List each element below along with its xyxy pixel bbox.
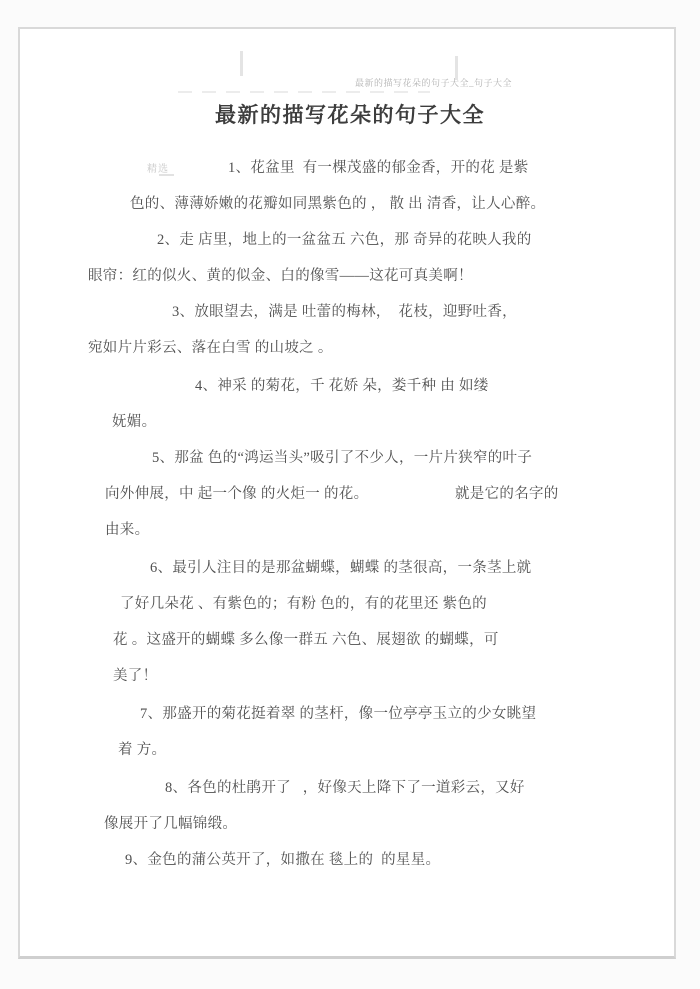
text-line: 2、走 店里，地上的一盆盆五 六色，那 奇异的花映人我的	[157, 231, 532, 249]
watermark-label: 精选	[147, 160, 169, 175]
text-line: 美了！	[113, 667, 157, 685]
header-tick-mark-left	[240, 51, 243, 76]
text-line: 了好几朵花 、有紫色的；有粉 色的，有的花里还 紫色的	[120, 595, 487, 613]
text-line: 宛如片片彩云、落在白雪 的山坡之 。	[88, 339, 333, 357]
text-line: 5、那盆 色的“鸿运当头”吸引了不少人，一片片狭窄的叶子	[152, 449, 532, 467]
text-line: 6、最引人注目的是那盆蝴蝶，蝴蝶 的茎很高，一条茎上就	[150, 559, 531, 577]
text-line: 眼帘：红的似火、黄的似金、白的像雪——这花可真美啊！	[88, 267, 473, 285]
text-line: 妩媚。	[112, 413, 156, 431]
text-line: 花 。这盛开的蝴蝶 多么像一群五 六色、展翅欲 的蝴蝶，可	[113, 631, 499, 649]
text-line: 像展开了几幅锦缎。	[104, 815, 237, 833]
text-line: 1、花盆里 有一棵茂盛的郁金香，开的花 是紫	[228, 159, 529, 177]
text-line: 8、各色的杜鹃开了 ，好像天上降下了一道彩云，又好	[165, 779, 525, 797]
document-content: 最新的描写花朵的句子大全_句子大全 最新的描写花朵的句子大全 精选 1、花盆里 …	[0, 0, 700, 989]
text-line: 着 方。	[118, 741, 166, 759]
text-line: 色的、薄薄娇嫩的花瓣如同黑紫色的 ， 散 出 清香，让人心醉。	[130, 195, 545, 213]
text-line: 3、放眼望去，满是 吐蕾的梅林， 花枝，迎野吐香，	[172, 303, 517, 321]
watermark-underline	[159, 174, 174, 176]
document-header-meta: 最新的描写花朵的句子大全_句子大全	[355, 76, 512, 89]
header-dashed-rule	[178, 91, 430, 93]
text-line: 7、那盛开的菊花挺着翠 的茎杆，像一位亭亭玉立的少女眺望	[140, 705, 536, 723]
text-line: 由来。	[105, 521, 149, 539]
text-line: 9、金色的蒲公英开了，如撒在 毯上的 的星星。	[125, 851, 440, 869]
page-title: 最新的描写花朵的句子大全	[215, 99, 485, 129]
text-line: 向外伸展，中 起一个像 的火炬一 的花。	[105, 485, 368, 503]
text-line: 就是它的名字的	[455, 485, 559, 503]
text-line: 4、神采 的菊花，千 花娇 朵，娄千种 由 如缕	[195, 377, 489, 395]
